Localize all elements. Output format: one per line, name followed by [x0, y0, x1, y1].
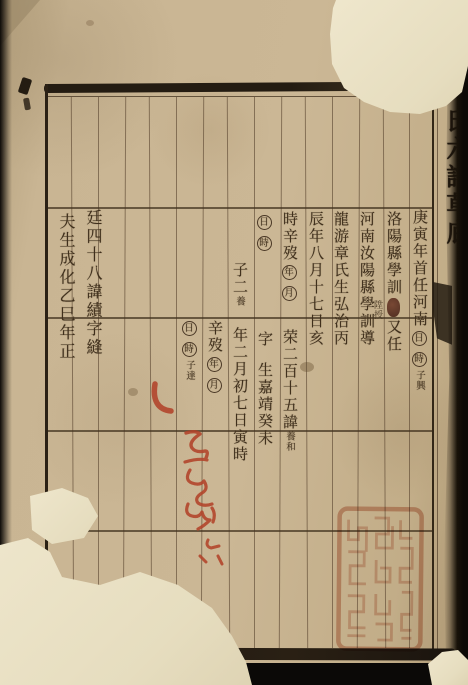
genealogy-page-scan: 氏六譜草底 庚寅年首任河南日時子興 洛陽縣學訓又任 河南汝陽縣學訓導 陞授 龍游… — [0, 0, 468, 685]
date-placeholder-circle: 日 — [257, 215, 272, 230]
entry-text: 洛陽縣學訓 — [385, 211, 401, 296]
entry-note: 養 — [234, 296, 244, 307]
grid-right-border — [432, 96, 434, 650]
entry-column-left-1: 廷四十八諱績字縫 — [81, 209, 103, 357]
entry-text: 河南汝陽縣學訓導 — [358, 211, 374, 347]
entry-text: 龍游章氏生弘治丙 — [332, 211, 348, 347]
date-placeholder-circle: 時 — [412, 352, 427, 367]
red-ink-annotation — [130, 370, 260, 590]
date-placeholder-circle: 日 — [182, 321, 197, 336]
date-placeholder-circle: 年 — [282, 265, 297, 280]
entry-text: 子二 — [231, 262, 247, 296]
entry-column-8: 子二養 — [228, 262, 250, 307]
entry-text: 字 — [256, 331, 272, 348]
entry-text: 時辛歿 — [281, 211, 297, 262]
entry-column-1: 庚寅年首任河南日時子興 — [408, 209, 430, 391]
date-placeholder-circle: 時 — [182, 342, 197, 357]
entry-text: 廷四十八諱績字縫 — [84, 209, 101, 357]
entry-note: 養和 — [284, 431, 294, 452]
date-placeholder-circle: 月 — [282, 286, 297, 301]
entry-text: 夫生成化乙巳年正 — [57, 213, 74, 361]
entry-column-2: 洛陽縣學訓又任 — [382, 211, 404, 353]
date-placeholder-circle: 日 — [412, 331, 427, 346]
large-red-seal — [334, 504, 426, 654]
entry-column-3: 河南汝陽縣學訓導 — [355, 211, 377, 347]
entry-column-6: 時辛歿年月 — [278, 211, 300, 304]
date-placeholder-circle: 時 — [257, 236, 272, 251]
entry-text: 辛歿 — [206, 320, 222, 354]
entry-side-note: 陞授 — [372, 300, 385, 320]
small-red-seal — [387, 298, 400, 317]
entry-column-5: 辰年八月十七日亥 — [304, 211, 326, 347]
entry-column-4: 龍游章氏生弘治丙 — [329, 211, 351, 347]
entry-text: 辰年八月十七日亥 — [307, 211, 323, 347]
entry-column-left-2: 夫生成化乙巳年正 — [54, 213, 76, 361]
entry-text: 荣二百十五諱 — [281, 329, 297, 431]
entry-text: 庚寅年首任河南 — [411, 209, 427, 328]
entry-text: 又任 — [385, 319, 401, 353]
entry-column-6b: 荣二百十五諱養和 — [278, 329, 300, 452]
entry-note: 子興 — [414, 370, 424, 391]
entry-column-7: 日時 — [253, 212, 275, 254]
